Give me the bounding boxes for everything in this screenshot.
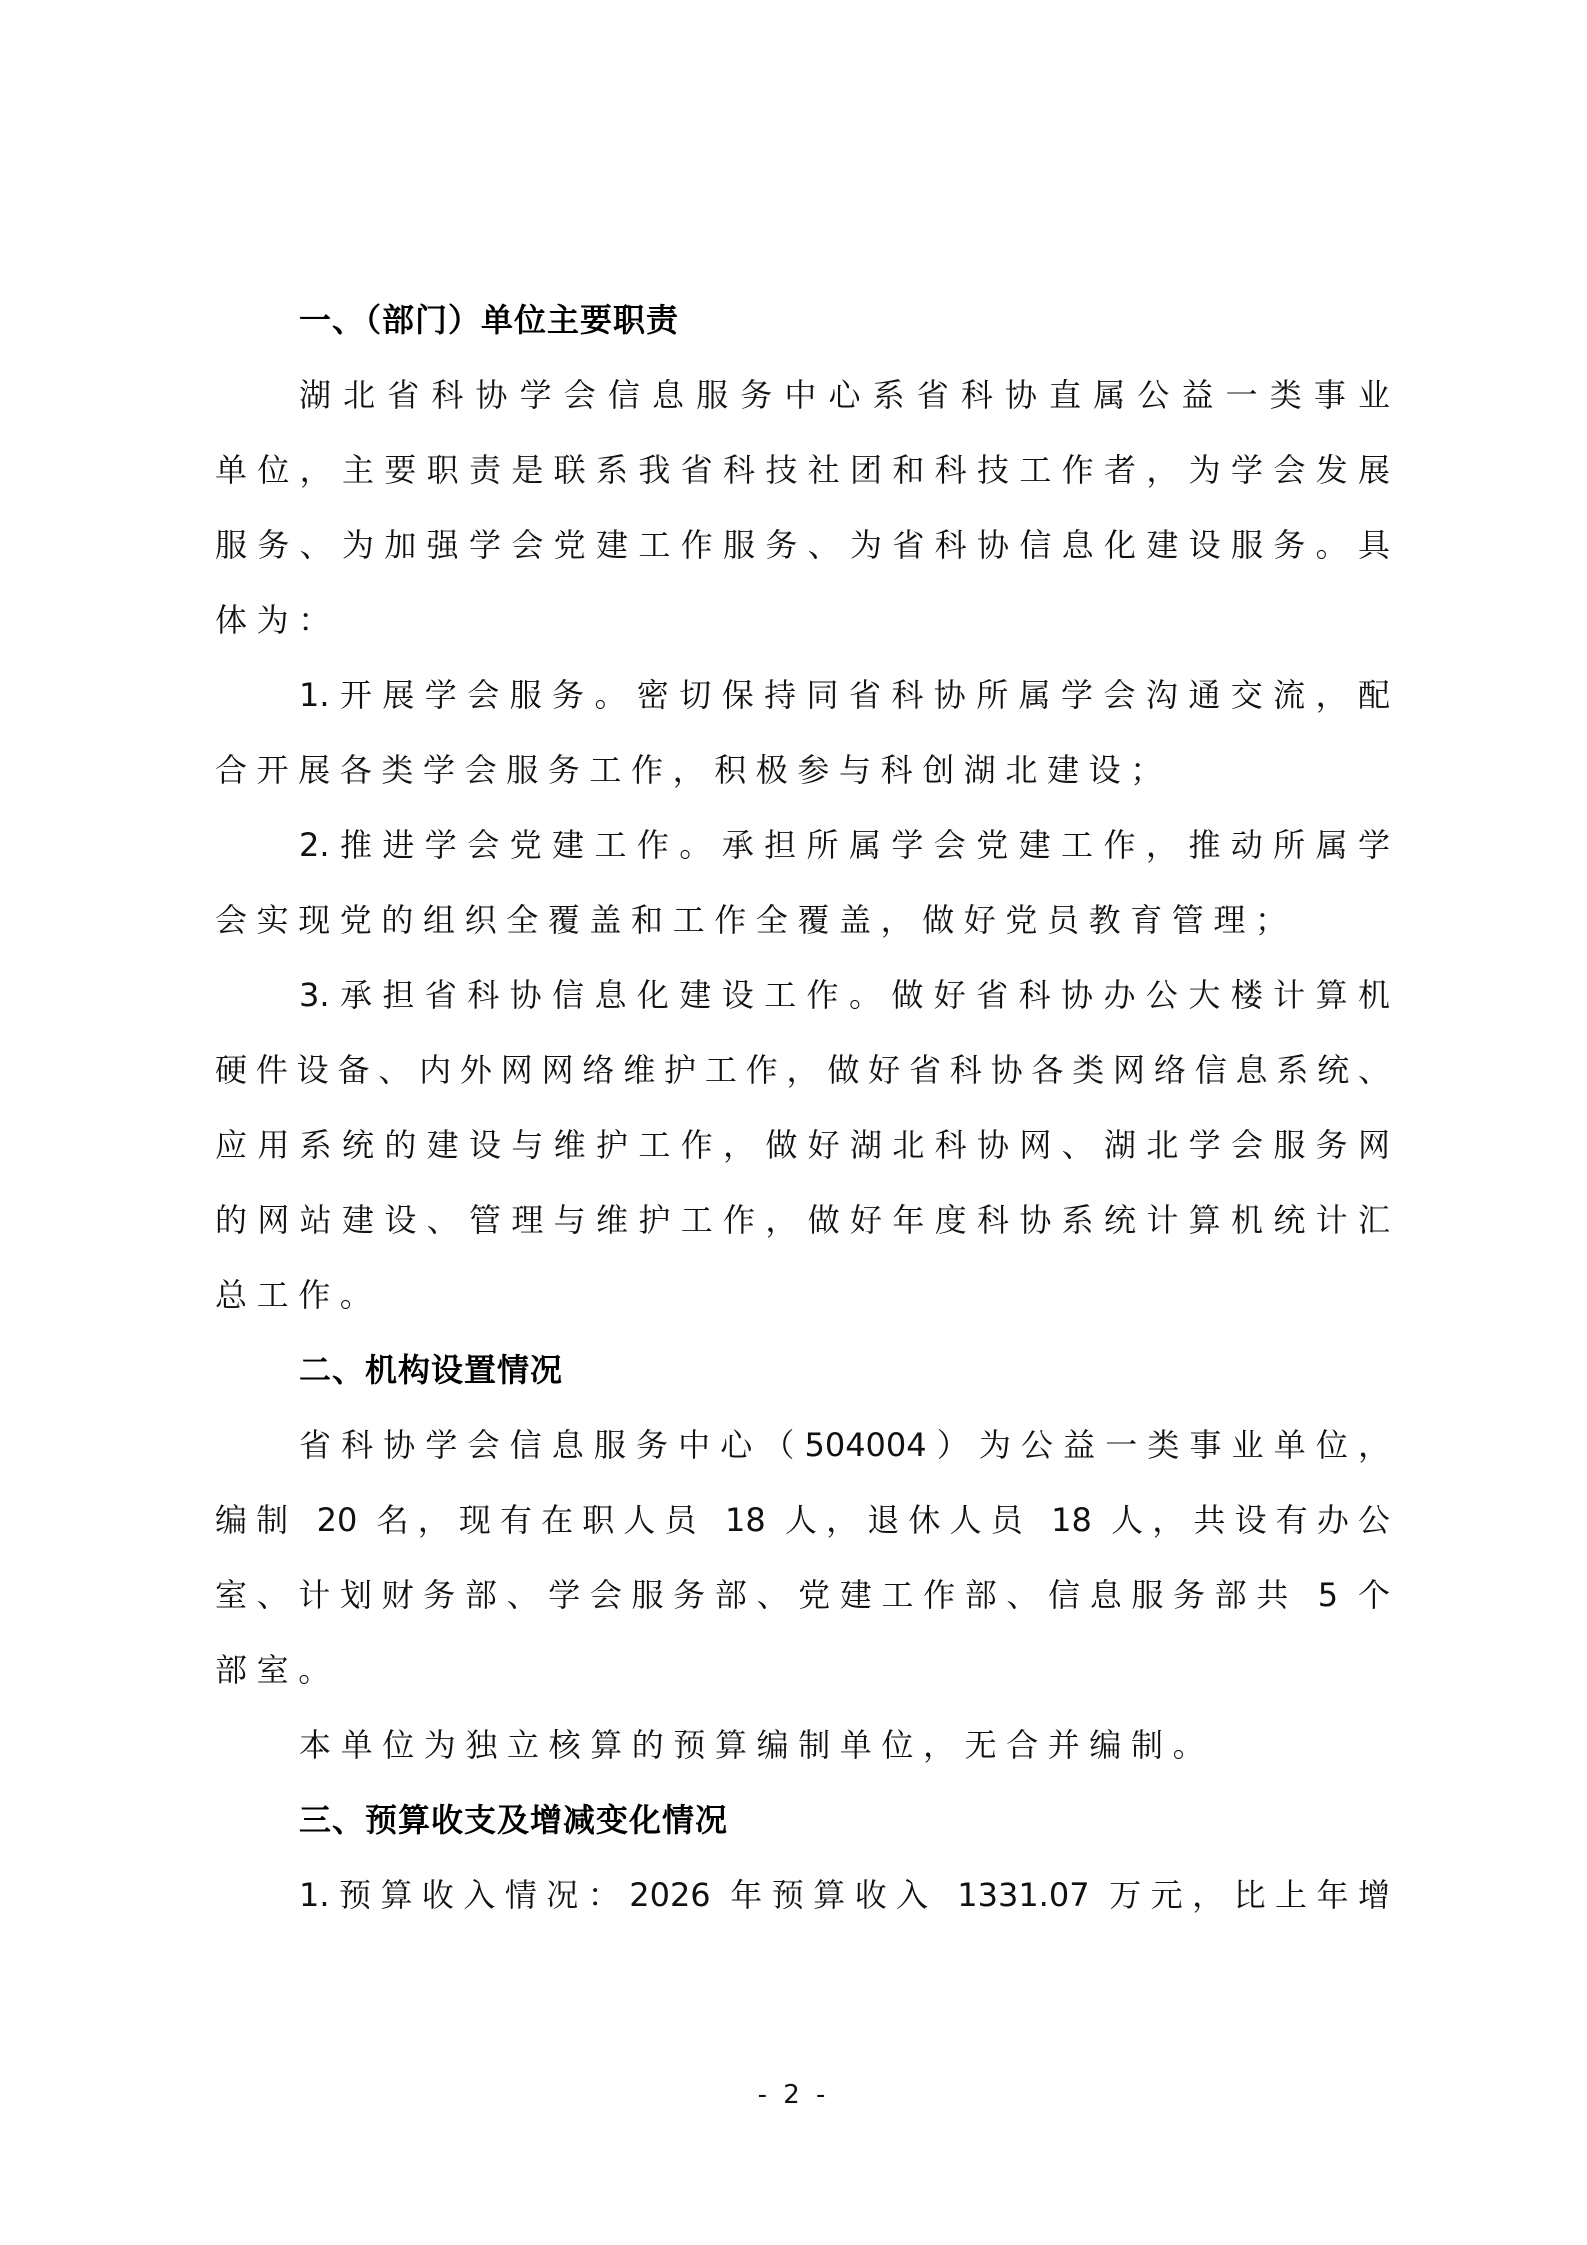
section-heading-duties: 一、（部门）单位主要职责 [299,283,1390,358]
paragraph-line: 部室。 [215,1633,1390,1708]
paragraph-line: 湖北省科协学会信息服务中心系省科协直属公益一类事业 [299,358,1390,433]
paragraph-line: 体为： [215,583,1390,658]
document-page: 一、（部门）单位主要职责 湖北省科协学会信息服务中心系省科协直属公益一类事业 单… [0,0,1587,2245]
paragraph-line: 服务、为加强学会党建工作服务、为省科协信息化建设服务。具 [215,508,1390,583]
paragraph-line: 1.预算收入情况：2026 年预算收入 1331.07 万元，比上年增 [299,1858,1390,1933]
list-item-line: 1.开展学会服务。密切保持同省科协所属学会沟通交流，配 [299,658,1390,733]
paragraph-line: 省科协学会信息服务中心（504004）为公益一类事业单位， [299,1408,1390,1483]
section-heading-organization: 二、机构设置情况 [299,1333,1390,1408]
list-item-line: 应用系统的建设与维护工作，做好湖北科协网、湖北学会服务网 [215,1108,1390,1183]
paragraph-line: 本单位为独立核算的预算编制单位，无合并编制。 [299,1708,1390,1783]
list-item-line: 总工作。 [215,1258,1390,1333]
list-item-line: 硬件设备、内外网网络维护工作，做好省科协各类网络信息系统、 [215,1033,1390,1108]
paragraph-line: 单位，主要职责是联系我省科技社团和科技工作者，为学会发展 [215,433,1390,508]
list-item-line: 的网站建设、管理与维护工作，做好年度科协系统计算机统计汇 [215,1183,1390,1258]
list-item-line: 合开展各类学会服务工作，积极参与科创湖北建设； [215,733,1390,808]
paragraph-line: 编制 20 名，现有在职人员 18 人，退休人员 18 人，共设有办公 [215,1483,1390,1558]
page-number: - 2 - [0,2080,1587,2110]
list-item-line: 3.承担省科协信息化建设工作。做好省科协办公大楼计算机 [299,958,1390,1033]
list-item-line: 2.推进学会党建工作。承担所属学会党建工作，推动所属学 [299,808,1390,883]
list-item-line: 会实现党的组织全覆盖和工作全覆盖，做好党员教育管理； [215,883,1390,958]
paragraph-line: 室、计划财务部、学会服务部、党建工作部、信息服务部共 5 个 [215,1558,1390,1633]
section-heading-budget: 三、预算收支及增减变化情况 [299,1783,1390,1858]
